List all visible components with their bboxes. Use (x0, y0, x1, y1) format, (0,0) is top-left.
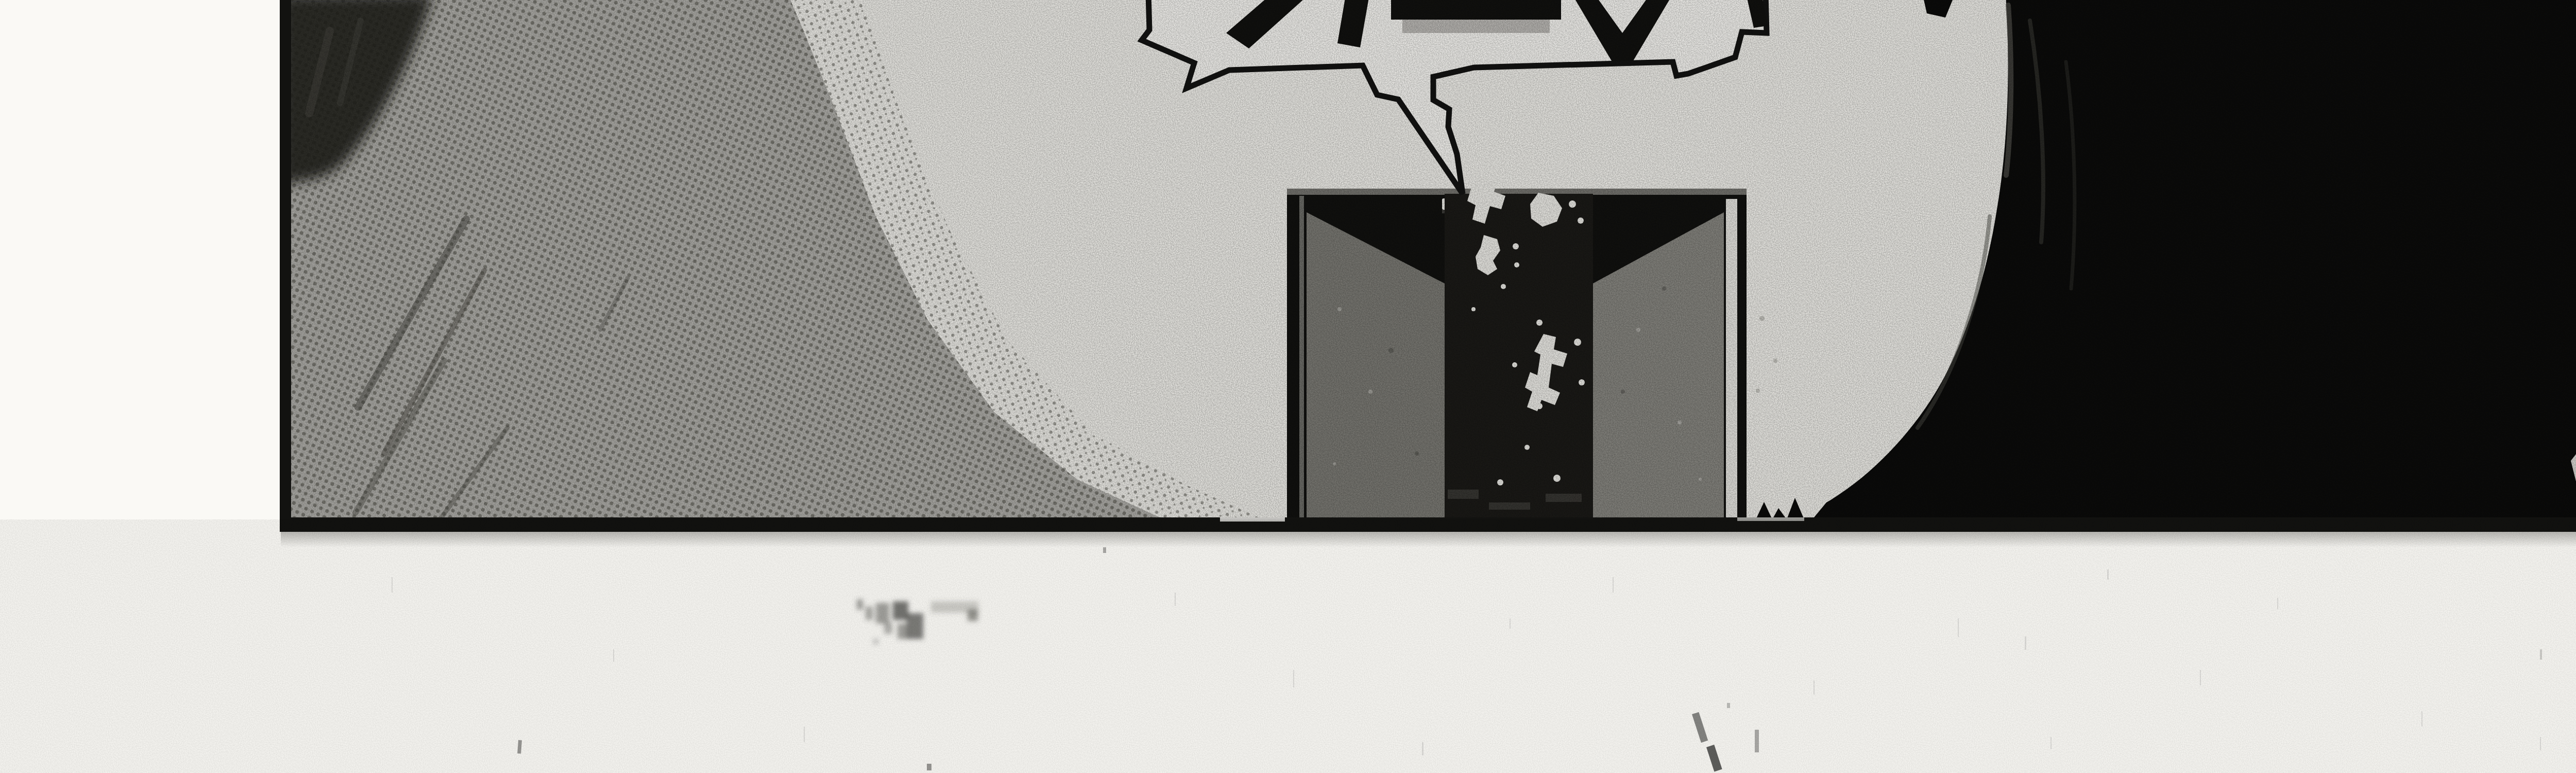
panel-border-left (280, 0, 291, 532)
border-notch-2 (1737, 517, 1804, 521)
panel-border-bottom (281, 517, 2576, 532)
panel-scan-grain (280, 0, 2576, 532)
manga-panel-artwork (0, 0, 2576, 773)
manga-page: Cropped black-and-white manga panel: a j… (0, 0, 2576, 773)
border-notch-1 (1220, 517, 1285, 522)
panel-content (280, 0, 2576, 532)
margin-scan-grain (0, 532, 2576, 773)
